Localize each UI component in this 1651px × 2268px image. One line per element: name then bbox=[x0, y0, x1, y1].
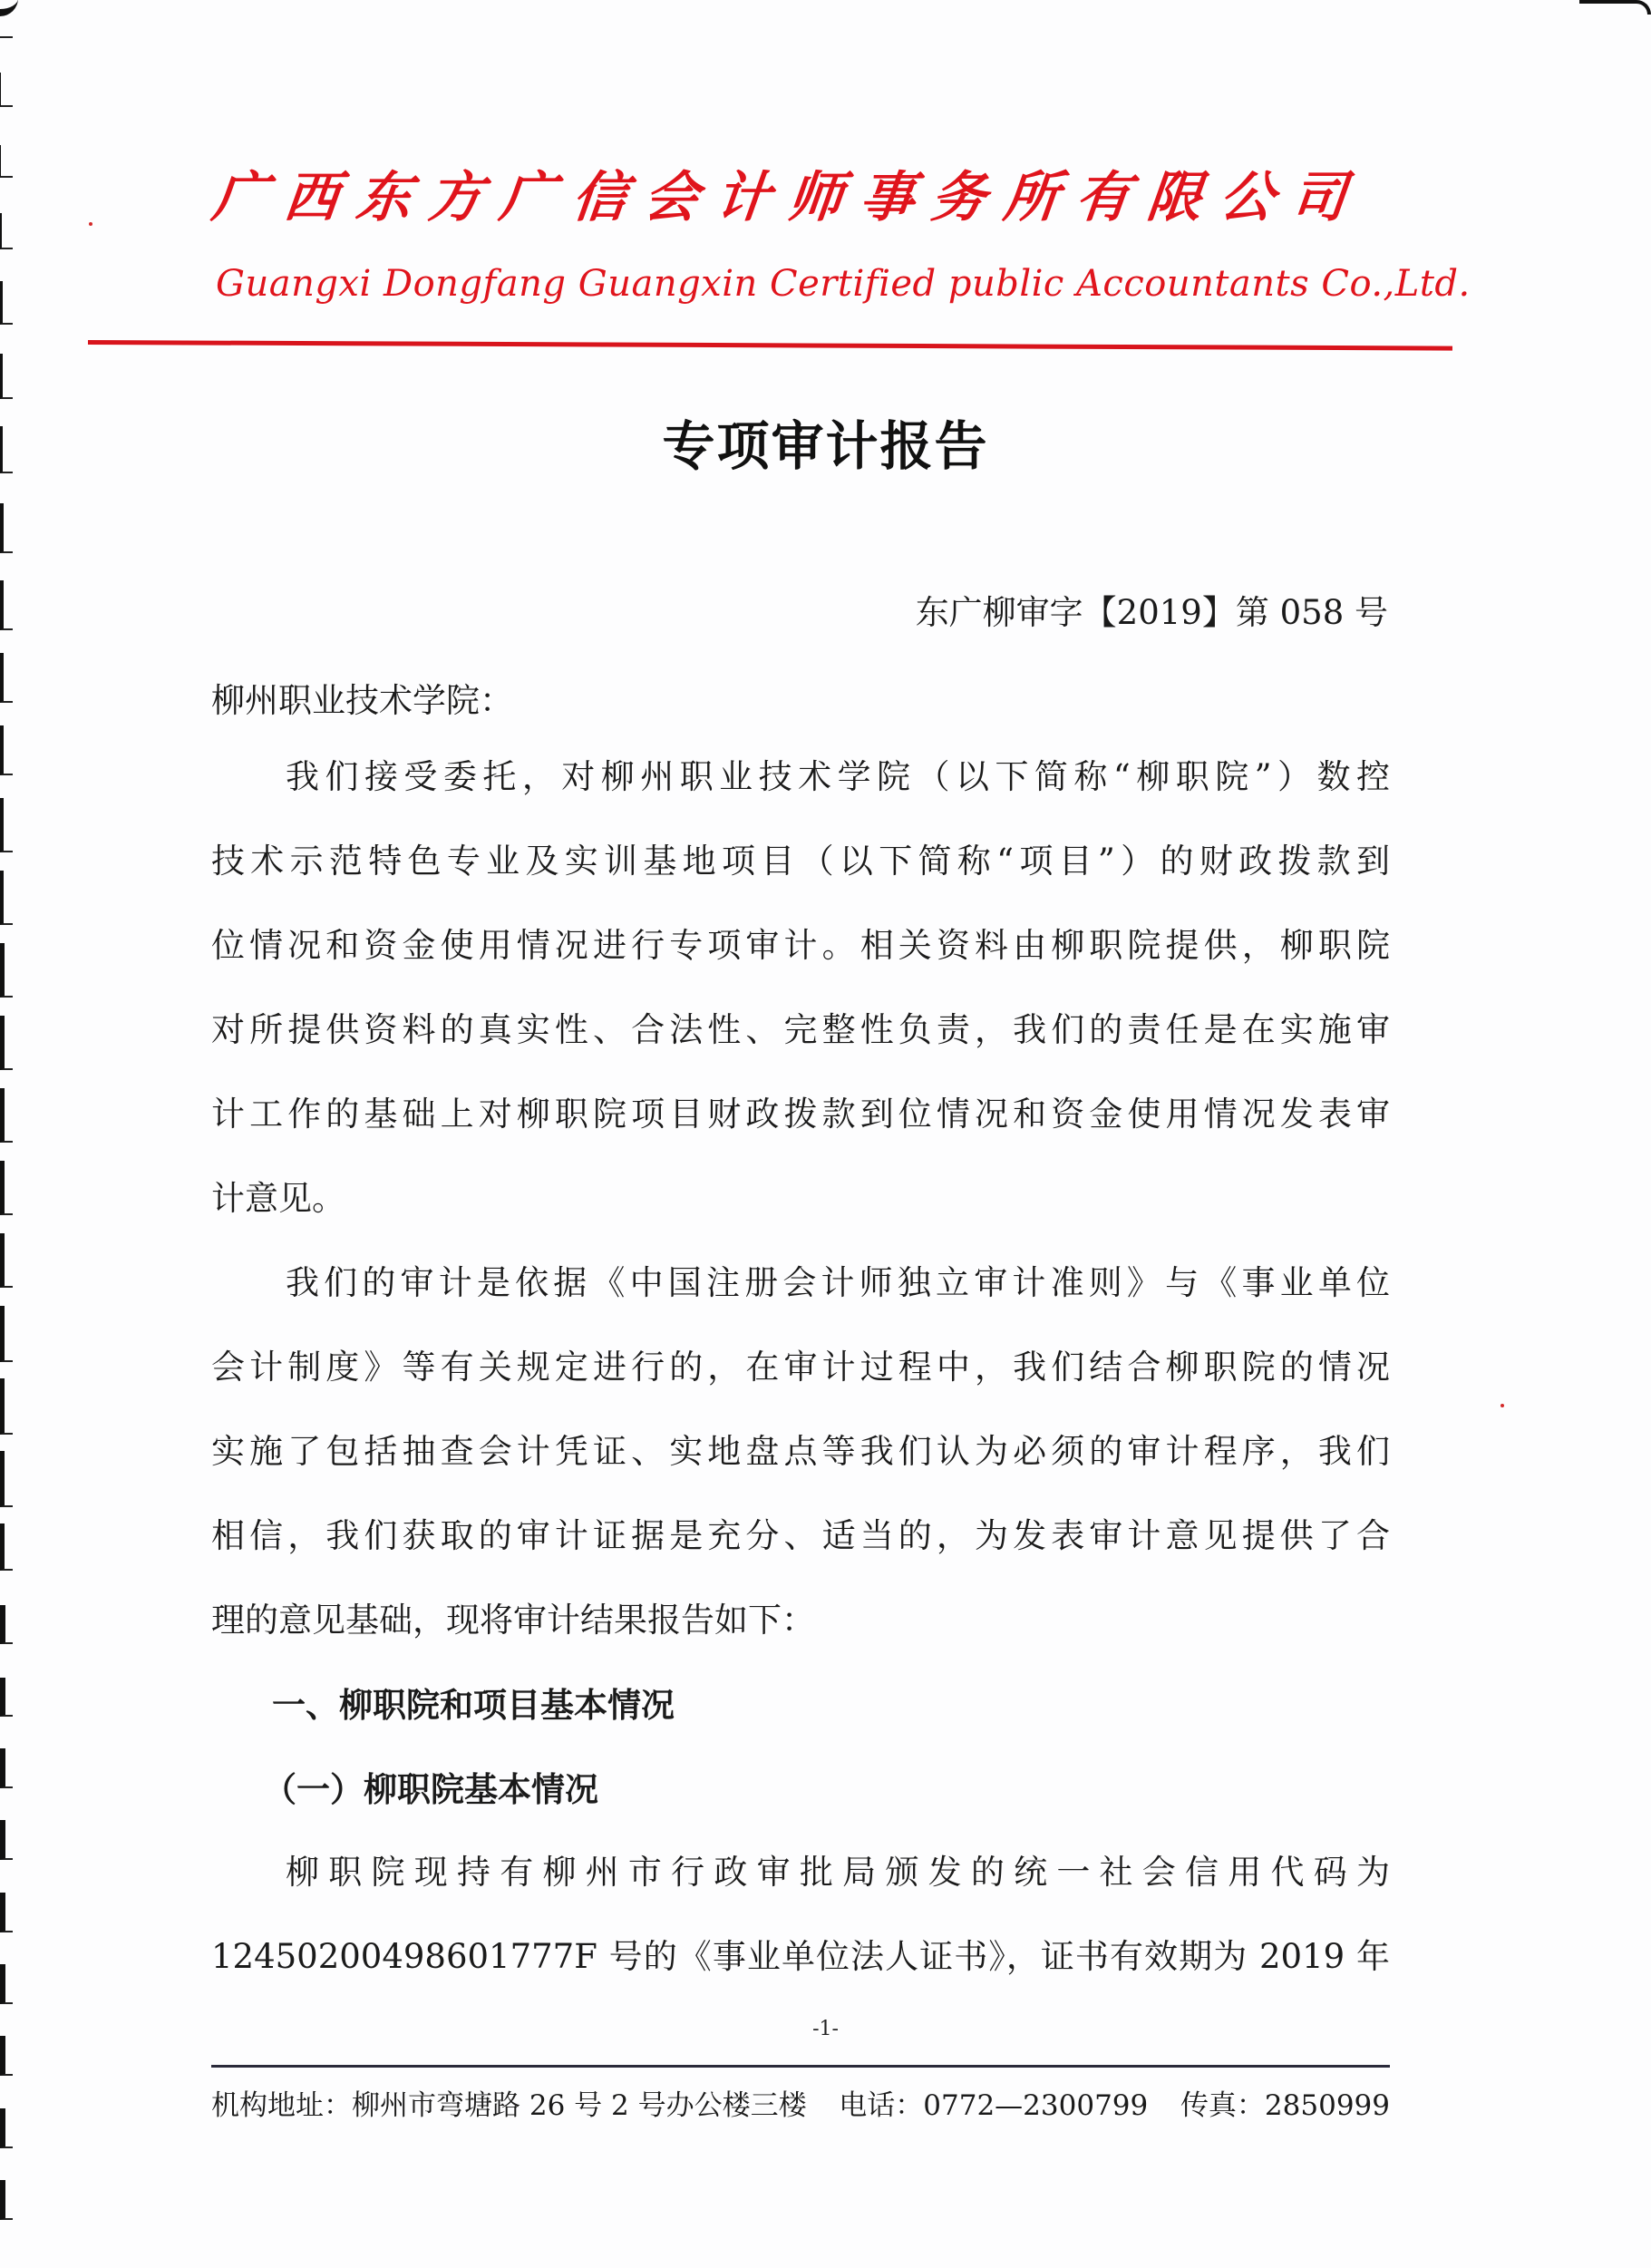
company-char: 公 bbox=[1216, 154, 1278, 232]
binding-mark bbox=[0, 725, 13, 775]
binding-mark bbox=[0, 1964, 13, 2004]
scan-speck bbox=[1500, 1404, 1504, 1407]
scan-corner-shadow bbox=[1579, 0, 1651, 15]
binding-mark bbox=[0, 1088, 13, 1143]
binding-mark bbox=[0, 1820, 13, 1860]
binding-mark bbox=[0, 1748, 13, 1788]
company-char: 广 bbox=[497, 154, 559, 232]
company-char: 会 bbox=[640, 154, 703, 232]
text-line: 实施了包括抽查会计凭证、实地盘点等我们认为必须的审计程序，我们 bbox=[211, 1429, 1390, 1475]
scanned-page: 广 西 东 方 广 信 会 计 师 事 务 所 有 限 公 司 Guangxi … bbox=[0, 0, 1651, 2268]
binding-mark bbox=[0, 1678, 13, 1717]
company-char: 方 bbox=[424, 154, 487, 232]
company-char: 所 bbox=[1000, 154, 1063, 232]
addressee: 柳州职业技术学院： bbox=[211, 673, 513, 722]
subsection-heading: （一）柳职院基本情况 bbox=[263, 1762, 598, 1811]
company-char: 有 bbox=[1072, 154, 1134, 232]
footer-fax: 传真：2850999 bbox=[1180, 2082, 1390, 2123]
binding-mark bbox=[0, 2180, 13, 2220]
binding-mark bbox=[0, 871, 13, 925]
text-line: 位情况和资金使用情况进行专项审计。相关资料由柳职院提供，柳职院 bbox=[211, 923, 1390, 969]
company-char: 东 bbox=[353, 154, 415, 232]
binding-mark bbox=[0, 2108, 13, 2148]
footer-address: 机构地址：柳州市弯塘路 26 号 2 号办公楼三楼 bbox=[211, 2082, 807, 2123]
page-number: -1- bbox=[0, 2018, 1651, 2040]
company-char: 计 bbox=[713, 154, 775, 232]
binding-mark bbox=[0, 580, 13, 630]
company-char: 限 bbox=[1144, 154, 1207, 232]
document-title: 专项审计报告 bbox=[0, 404, 1651, 480]
binding-mark bbox=[0, 653, 13, 703]
section-heading: 一、柳职院和项目基本情况 bbox=[272, 1678, 675, 1727]
text-line: 计工作的基础上对柳职院项目财政拨款到位情况和资金使用情况发表审 bbox=[211, 1092, 1390, 1137]
binding-mark bbox=[0, 2036, 13, 2076]
company-char: 事 bbox=[856, 154, 918, 232]
binding-mark bbox=[0, 73, 13, 107]
text-line: 理的意见基础，现将审计结果报告如下： bbox=[211, 1598, 1390, 1643]
binding-mark bbox=[0, 354, 13, 399]
binding-mark bbox=[0, 1523, 13, 1571]
text-line: 计意见。 bbox=[211, 1176, 1390, 1222]
binding-mark bbox=[0, 1233, 13, 1288]
text-line: 技术示范特色专业及实训基地项目（以下简称“项目”）的财政拨款到 bbox=[211, 839, 1390, 884]
text-line: 对所提供资料的真实性、合法性、完整性负责，我们的责任是在实施审 bbox=[211, 1007, 1390, 1053]
company-char: 务 bbox=[928, 154, 991, 232]
binding-mark bbox=[0, 503, 13, 553]
text-line: 我们接受委托，对柳州职业技术学院（以下简称“柳职院”）数控 bbox=[286, 754, 1390, 800]
footer: 机构地址：柳州市弯塘路 26 号 2 号办公楼三楼 电话：0772—230079… bbox=[211, 2082, 1390, 2123]
company-char: 广 bbox=[209, 154, 271, 232]
binding-mark bbox=[0, 798, 13, 852]
company-name-cn: 广 西 东 方 广 信 会 计 师 事 务 所 有 限 公 司 bbox=[213, 154, 1346, 232]
company-char: 司 bbox=[1287, 154, 1350, 232]
text-line: 我们的审计是依据《中国注册会计师独立审计准则》与《事业单位 bbox=[286, 1261, 1390, 1306]
binding-mark bbox=[0, 1893, 13, 1932]
text-line: 柳职院现持有柳州市行政审批局颁发的统一社会信用代码为 bbox=[286, 1850, 1390, 1895]
binding-mark bbox=[0, 1378, 13, 1435]
binding-mark bbox=[0, 213, 13, 249]
binding-mark bbox=[0, 1016, 13, 1070]
scan-speck bbox=[89, 222, 92, 226]
binding-mark bbox=[0, 1306, 13, 1362]
document-number: 东广柳审字【2019】第 058 号 bbox=[916, 585, 1388, 634]
binding-mark bbox=[0, 145, 13, 178]
binding-mark bbox=[0, 1605, 13, 1644]
footer-phone: 电话：0772—2300799 bbox=[839, 2082, 1148, 2123]
text-line: 相信，我们获取的审计证据是充分、适当的，为发表审计意见提供了合 bbox=[211, 1514, 1390, 1559]
company-char: 师 bbox=[784, 154, 847, 232]
text-line: 会计制度》等有关规定进行的，在审计过程中，我们结合柳职院的情况 bbox=[211, 1345, 1390, 1390]
binding-mark bbox=[0, 36, 13, 38]
company-char: 信 bbox=[568, 154, 631, 232]
binding-marks bbox=[0, 0, 13, 2268]
company-name-en: Guangxi Dongfang Guangxin Certified publ… bbox=[216, 263, 1331, 305]
binding-mark bbox=[0, 1451, 13, 1507]
company-char: 西 bbox=[281, 154, 344, 232]
binding-mark bbox=[0, 281, 13, 325]
text-line: 12450200498601777F 号的《事业单位法人证书》，证书有效期为 2… bbox=[211, 1934, 1390, 1980]
footer-rule bbox=[211, 2065, 1390, 2068]
letterhead-rule bbox=[88, 340, 1452, 351]
binding-mark bbox=[0, 943, 13, 998]
binding-mark bbox=[0, 1161, 13, 1215]
